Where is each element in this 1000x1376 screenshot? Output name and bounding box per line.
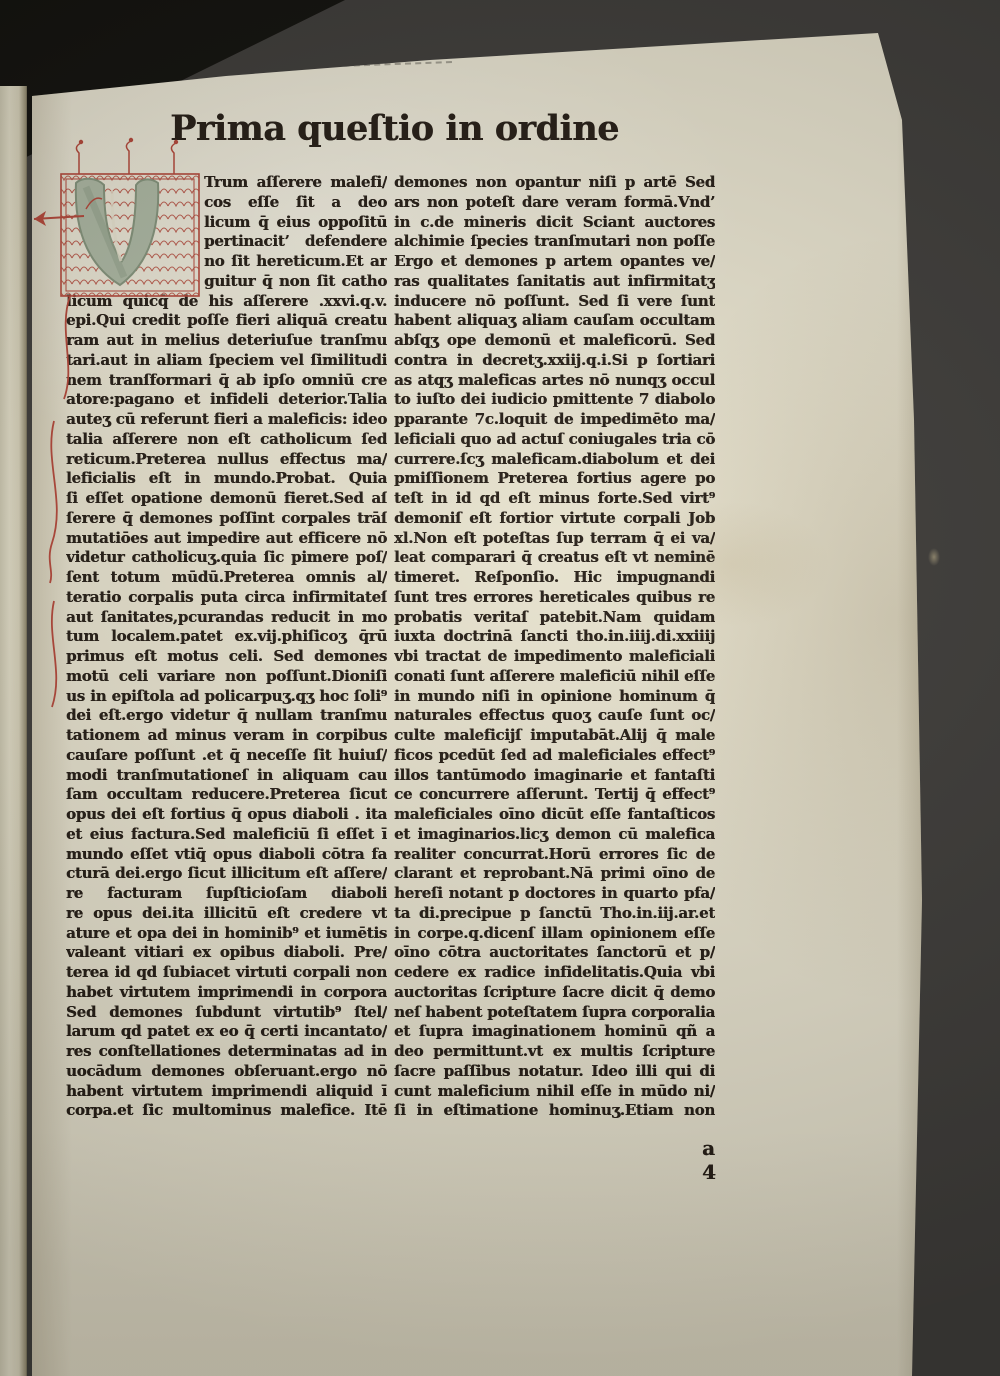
text-line: leficialis eſt in mundo.Probat. Quia	[66, 469, 387, 489]
text-line: terea id qd ſubiacet virtuti corpali non	[66, 963, 387, 983]
text-line: us in epiſtola ad policarpuʒ.qʒ hoc ſoli…	[66, 687, 387, 707]
text-line: culte maleficijſ imputabāt.Alij q̄ male	[394, 726, 715, 746]
text-line: motū celi variare non poſſunt.Dioniſi	[66, 667, 387, 687]
text-line: ta di.precipue p ſanctū Tho.in.iij.ar.et	[394, 904, 715, 924]
text-line: habent aliquaʒ aliam cauſam occultam	[394, 311, 715, 331]
text-line: primus eſt motus celi. Sed demones	[66, 647, 387, 667]
text-line: maleficiales oīno dicūt eſſe fantaſticos	[394, 805, 715, 825]
text-line: ſerere q̄ demones poſſint corpales trāſ	[66, 509, 387, 529]
left-column-lines: licum quicq̄ de his aſſerere .xxvi.q.v.e…	[66, 292, 387, 1122]
text-line: habet virtutem imprimendi in corpora	[66, 983, 387, 1003]
text-line: nem tranſformari q̄ ab ipſo omniū cre	[66, 371, 387, 391]
photograph-background: Prima queſtio in ordine	[0, 0, 1000, 1376]
two-column-text: Trum aſſerere malefi/cos eſſe ſit a deo …	[66, 173, 716, 1121]
right-column-lines: demones non opantur niſi p artē Sedars n…	[394, 173, 715, 1121]
text-line: ſi eſſet opatione demonū fieret.Sed aſ	[66, 489, 387, 509]
text-line: ſacre paſſibus notatur. Ideo illi qui di	[394, 1062, 715, 1082]
text-line: leat comparari q̄ creatus eſt vt neminē	[394, 548, 715, 568]
text-line: vbi tractat de impedimento maleficiali	[394, 647, 715, 667]
text-line: ficos pcedūt ſed ad maleficiales effect⁹	[394, 746, 715, 766]
pencil-mark	[282, 61, 452, 69]
text-line: Sed demones ſubdunt virtutib⁹ ſtel/	[66, 1003, 387, 1023]
text-line: re opus dei.ita illicitū eſt credere vt …	[66, 904, 387, 924]
text-line: Trum aſſerere malefi/	[204, 173, 387, 193]
text-line: demones non opantur niſi p artē Sed	[394, 173, 715, 193]
text-line: neſ habent poteſtatem ſupra corporalia	[394, 1003, 715, 1023]
text-line: currere.ſcʒ maleficam.diabolum et dei	[394, 450, 715, 470]
text-line: clarant et reprobant.Nā primi oīno de	[394, 864, 715, 884]
text-line: pertinacit’ defendere oī/	[204, 232, 387, 252]
text-line: demoniſ eſt fortior virtute corpali Job	[394, 509, 715, 529]
text-line: licum quicq̄ de his aſſerere .xxvi.q.v.	[66, 292, 387, 312]
text-line: alchimie ſpecies tranſmutari non poſſe	[394, 232, 715, 252]
text-line: guitur q̄ non ſit catho	[204, 272, 387, 292]
text-line: ature et opa dei in hominib⁹ et iumētis	[66, 924, 387, 944]
right-column: demones non opantur niſi p artē Sedars n…	[394, 173, 715, 1121]
text-line: mutatiōes aut impedire aut efficere nō	[66, 529, 387, 549]
text-line: tationem ad minus veram in corpibus	[66, 726, 387, 746]
text-line: videtur catholicuʒ.quia ſic pimere poſ/	[66, 548, 387, 568]
text-line: cos eſſe ſit a deo catho/	[204, 193, 387, 213]
text-line: corpa.et ſic multominus malefice. Itē	[66, 1101, 387, 1121]
text-line: larum qd patet ex eo q̄ certi incantato/	[66, 1022, 387, 1042]
text-line: tari.aut in aliam ſpeciem vel ſimilitudi	[66, 351, 387, 371]
text-line: in c.de mineris dicit Sciant auctores	[394, 213, 715, 233]
text-line: atore:pagano et infideli deterior.Talia	[66, 390, 387, 410]
left-column-indented-lines: Trum aſſerere malefi/cos eſſe ſit a deo …	[204, 173, 387, 292]
text-line: modi tranſmutationeſ in aliquam cau	[66, 766, 387, 786]
text-line: et ſupra imaginationem hominū qñ a	[394, 1022, 715, 1042]
text-block: Prima queſtio in ordine	[66, 108, 716, 1121]
text-line: xl.Non eſt poteſtas ſup terram q̄ ei va/	[394, 529, 715, 549]
text-line: res conſtellationes determinatas ad in	[66, 1042, 387, 1062]
text-line: contra in decretʒ.xxiij.q.i.Si p ſortiar…	[394, 351, 715, 371]
text-line: ſent totum mūdū.Preterea omnis al/	[66, 568, 387, 588]
text-line: teratio corpalis puta circa infirmitateſ	[66, 588, 387, 608]
text-line: naturales effectus quoʒ cauſe ſunt oc/	[394, 706, 715, 726]
text-line: auctoritas ſcripture ſacre dicit q̄ demo	[394, 983, 715, 1003]
text-line: licum q̄ eius oppoſitū	[204, 213, 387, 233]
text-line: opus dei eſt fortius q̄ opus diaboli . i…	[66, 805, 387, 825]
text-line: leficiali quo ad actuſ coniugales tria c…	[394, 430, 715, 450]
text-line: re facturam ſupſticioſam diaboli excede/	[66, 884, 387, 904]
text-line: abſqʒ ope demonū et maleficorū. Sed	[394, 331, 715, 351]
text-line: epi.Qui credit poſſe fieri aliquā creatu	[66, 311, 387, 331]
background-speck	[928, 548, 940, 566]
text-line: ram aut in melius deteriuſue tranſmu	[66, 331, 387, 351]
left-column: Trum aſſerere malefi/cos eſſe ſit a deo …	[66, 173, 387, 1121]
text-line: teſt in id qd eſt minus forte.Sed virt⁹	[394, 489, 715, 509]
text-line: cturā dei.ergo ſicut illicitum eſt aſſer…	[66, 864, 387, 884]
text-line: mundo eſſet vtiq̄ opus diaboli cōtra fa	[66, 845, 387, 865]
text-line: et imaginarios.licʒ demon cū malefica	[394, 825, 715, 845]
adjacent-page-edge	[0, 86, 27, 1376]
text-line: inducere nō poſſunt. Sed ſi vere ſunt	[394, 292, 715, 312]
text-line: ſam occultam reducere.Preterea ſicut	[66, 785, 387, 805]
text-line: ras qualitates ſanitatis aut infirmitatʒ	[394, 272, 715, 292]
text-line: realiter concurrat.Horū errores ſic de	[394, 845, 715, 865]
text-line: cedere ex radice infidelitatis.Quia vbi	[394, 963, 715, 983]
book-page: Prima queſtio in ordine	[26, 0, 931, 1376]
text-line: uocādum demones obſeruant.ergo nō	[66, 1062, 387, 1082]
text-line: ars non poteſt dare veram formā.Vnd’	[394, 193, 715, 213]
text-line: tum localem.patet ex.vij.phiſicoʒ q̄rū	[66, 627, 387, 647]
text-line: ce concurrere aſſerunt. Tertij q̄ effect…	[394, 785, 715, 805]
text-line: talia aſſerere non eſt catholicum ſed he…	[66, 430, 387, 450]
text-line: valeant vitiari ex opibus diaboli. Pre/	[66, 943, 387, 963]
text-line: probatis veritaſ patebit.Nam quidam	[394, 608, 715, 628]
text-line: dei eſt.ergo videtur q̄ nullam tranſmu	[66, 706, 387, 726]
quire-signature: a 4	[702, 1136, 716, 1184]
text-line: no ſit hereticum.Et ar	[204, 252, 387, 272]
text-line: auteʒ cū referunt fieri a maleficis: ide…	[66, 410, 387, 430]
text-line: pparante 7c.loquit de impedimēto ma/	[394, 410, 715, 430]
text-line: ſunt tres errores hereticales quibus re	[394, 588, 715, 608]
text-line: habent virtutem imprimendi aliquid ī	[66, 1082, 387, 1102]
text-line: to iuſto dei iudicio pmittente 7 diabolo	[394, 390, 715, 410]
text-line: deo permittunt.vt ex multis ſcripture	[394, 1042, 715, 1062]
text-line: ſi in eſtimatione hominuʒ.Etiam non	[394, 1101, 715, 1121]
text-line: conati ſunt aſſerere maleficiū nihil eſſ…	[394, 667, 715, 687]
initial-row: Trum aſſerere malefi/cos eſſe ſit a deo …	[66, 173, 387, 292]
text-line: reticum.Preterea nullus effectus ma/	[66, 450, 387, 470]
text-line: as atqʒ maleficas artes nō nunqʒ occul	[394, 371, 715, 391]
text-line: in corpe.q.dicenſ illam opinionem eſſe	[394, 924, 715, 944]
text-line: oīno cōtra auctoritates ſanctorū et p/	[394, 943, 715, 963]
text-line: et eius factura.Sed maleficiū ſi eſſet ī	[66, 825, 387, 845]
text-line: cauſare poſſunt .et q̄ neceſſe ſit huiuſ…	[66, 746, 387, 766]
text-line: illos tantūmodo imaginarie et fantaſti	[394, 766, 715, 786]
text-line: Ergo et demones p artem opantes ve/	[394, 252, 715, 272]
page-title: Prima queſtio in ordine	[170, 108, 716, 149]
text-line: pmiſſionem Preterea fortius agere po	[394, 469, 715, 489]
text-line: timeret. Reſponſio. Hic impugnandi	[394, 568, 715, 588]
text-line: aut ſanitates,pcurandas reducit in mo	[66, 608, 387, 628]
text-line: in mundo niſi in opinione hominum q̄	[394, 687, 715, 707]
text-line: iuxta doctrinā ſancti tho.in.iiij.di.xxi…	[394, 627, 715, 647]
text-line: hereſi notant p doctores in quarto pfa/	[394, 884, 715, 904]
text-line: cunt maleficium nihil eſſe in mūdo ni/	[394, 1082, 715, 1102]
